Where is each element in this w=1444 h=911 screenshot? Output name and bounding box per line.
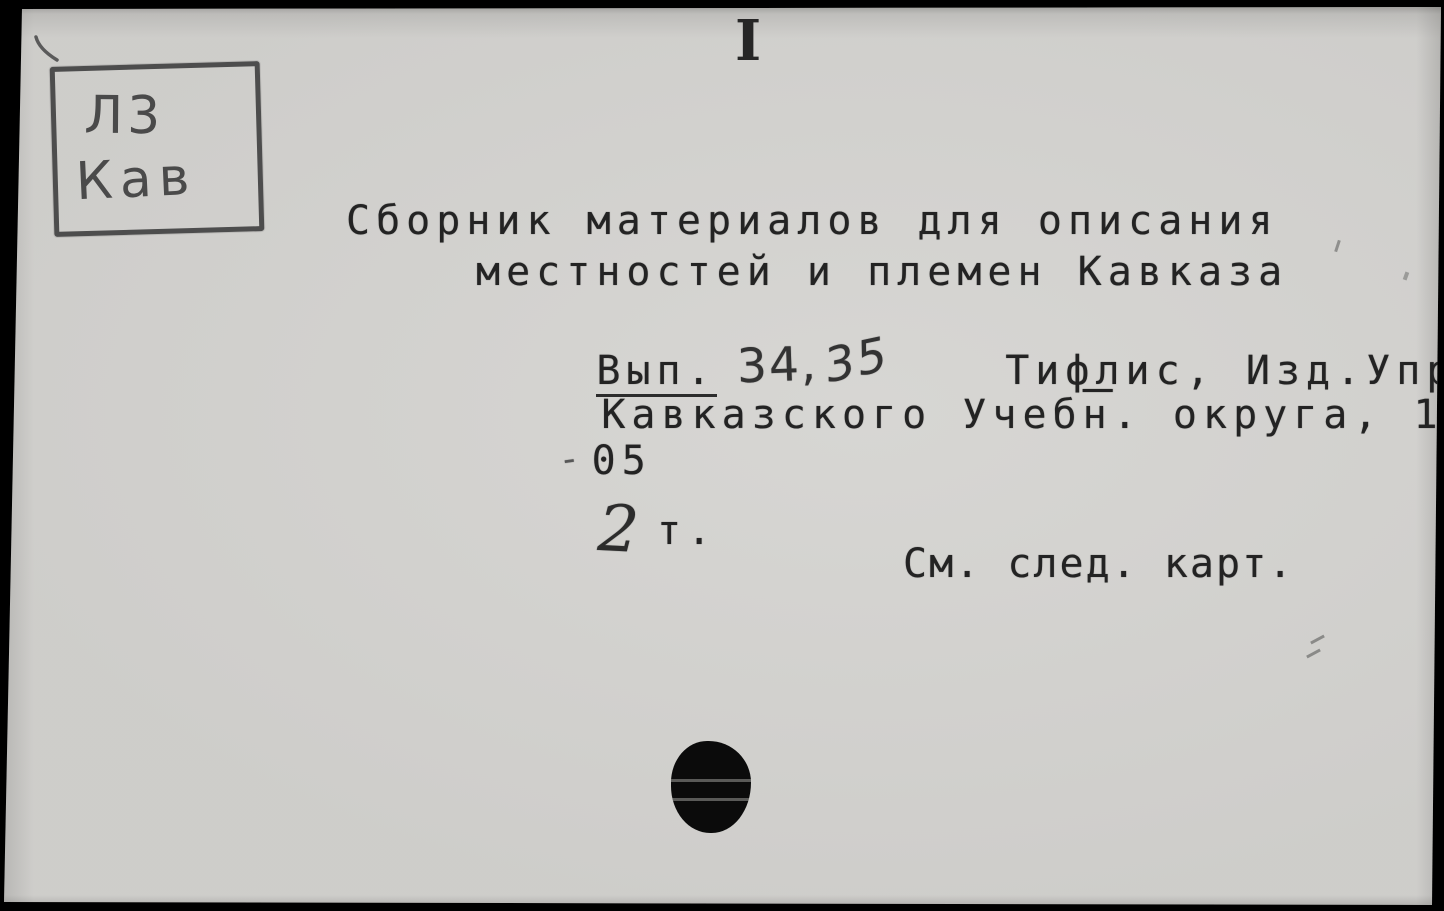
catalog-card: I Л3 Кав Сборник материалов для описания… [0, 0, 1444, 911]
classmark-stamp-box: Л3 Кав [50, 61, 265, 237]
pencil-mark [1306, 649, 1321, 659]
title-line-2: местностей и племен Кавказа [476, 251, 1288, 293]
volume-unit: т. [657, 508, 717, 554]
classmark-line-2: Кав [75, 151, 198, 208]
pencil-mark [1403, 272, 1409, 281]
hole-punch-dot [671, 741, 751, 833]
imprint-line-2-end: . округа, 1904- [1113, 392, 1444, 438]
volume-count-handwritten: 2 [597, 496, 641, 565]
see-reference-note: См. след. карт. [903, 543, 1294, 585]
volume-count-line: 2т. [478, 448, 717, 599]
imprint-line-2-overlined-letter: н [1083, 392, 1113, 438]
scan-streak [671, 798, 751, 801]
imprint-line-2-start: Кавказского Учеб [601, 392, 1082, 438]
title-line-1: Сборник материалов для описания [346, 200, 1279, 242]
pencil-mark [1310, 635, 1325, 645]
pencil-mark [1334, 240, 1341, 252]
pencil-tick-mark [33, 34, 63, 64]
scan-streak [671, 779, 751, 782]
classmark-line-1: Л3 [84, 90, 165, 143]
series-numeral: I [735, 8, 761, 74]
